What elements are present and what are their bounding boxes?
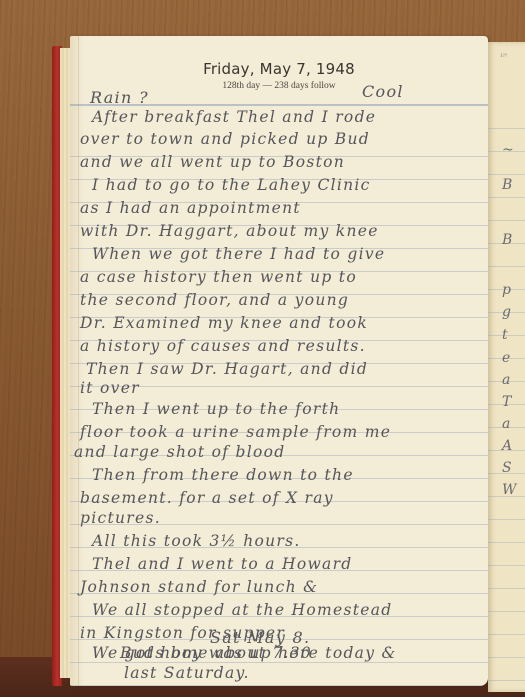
entry-line: Then I went up to the forth <box>92 400 340 418</box>
entry-line: over to town and picked up Bud <box>80 130 370 148</box>
next-page-fragment: e <box>502 350 510 366</box>
entry-line: a case history then went up to <box>80 268 357 286</box>
next-page-fragment: T <box>502 394 511 410</box>
next-page-edge: 1?? ~ B B p g t e a T a A S W <box>488 42 525 692</box>
entry-line: Dr. Examined my knee and took <box>80 314 368 332</box>
entry-line: a history of causes and results. <box>80 337 366 355</box>
next-page-fragment: a <box>502 416 510 432</box>
entry-line: floor took a urine sample from me <box>80 423 391 441</box>
entry-line: Thel and I went to a Howard <box>92 555 353 573</box>
weather-note-right: Cool <box>362 82 404 101</box>
entry-line: and large shot of blood <box>74 443 286 461</box>
next-page-fragment: B <box>502 232 512 248</box>
entry-line: it over <box>80 379 140 397</box>
entry-line: After breakfast Thel and I rode <box>92 108 376 126</box>
next-page-fragment: A <box>502 438 512 454</box>
entry-line: Johnson stand for lunch & <box>80 578 318 596</box>
entry-line: and we all went up to Boston <box>80 153 345 171</box>
entry-line: Then I saw Dr. Hagart, and did <box>86 360 368 378</box>
entry-line: We all stopped at the Homestead <box>92 601 392 619</box>
entry-line: basement. for a set of X ray <box>80 489 334 507</box>
entry-line: the second floor, and a young <box>80 291 349 309</box>
entry-line: Then from there down to the <box>92 466 354 484</box>
next-page-fragment: S <box>502 460 512 476</box>
next-page-fragment: ~ <box>502 142 514 158</box>
next-page-fragment: t <box>502 327 508 343</box>
entry-line: as I had an appointment <box>80 199 301 217</box>
second-entry-line: Buds boy was up here today & <box>120 644 397 662</box>
diary-page: Friday, May 7, 1948 128th day — 238 days… <box>70 36 488 686</box>
next-page-fragment: a <box>502 372 510 388</box>
entry-line: with Dr. Haggart, about my knee <box>80 222 379 240</box>
next-page-fragment: p <box>502 282 511 298</box>
second-entry-line: last Saturday. <box>124 664 250 682</box>
next-page-fragment: W <box>502 482 516 498</box>
next-page-fragment: g <box>502 304 511 320</box>
entry-line: When we got there I had to give <box>92 245 385 263</box>
next-page-number: 1?? <box>500 54 507 59</box>
entry-line: pictures. <box>80 509 161 527</box>
next-page-fragment: B <box>502 177 512 193</box>
weather-note-left: Rain ? <box>90 88 149 107</box>
entry-line: I had to go to the Lahey Clinic <box>92 176 371 194</box>
printed-date-heading: Friday, May 7, 1948 <box>70 60 488 78</box>
entry-line: All this took 3½ hours. <box>92 532 301 550</box>
